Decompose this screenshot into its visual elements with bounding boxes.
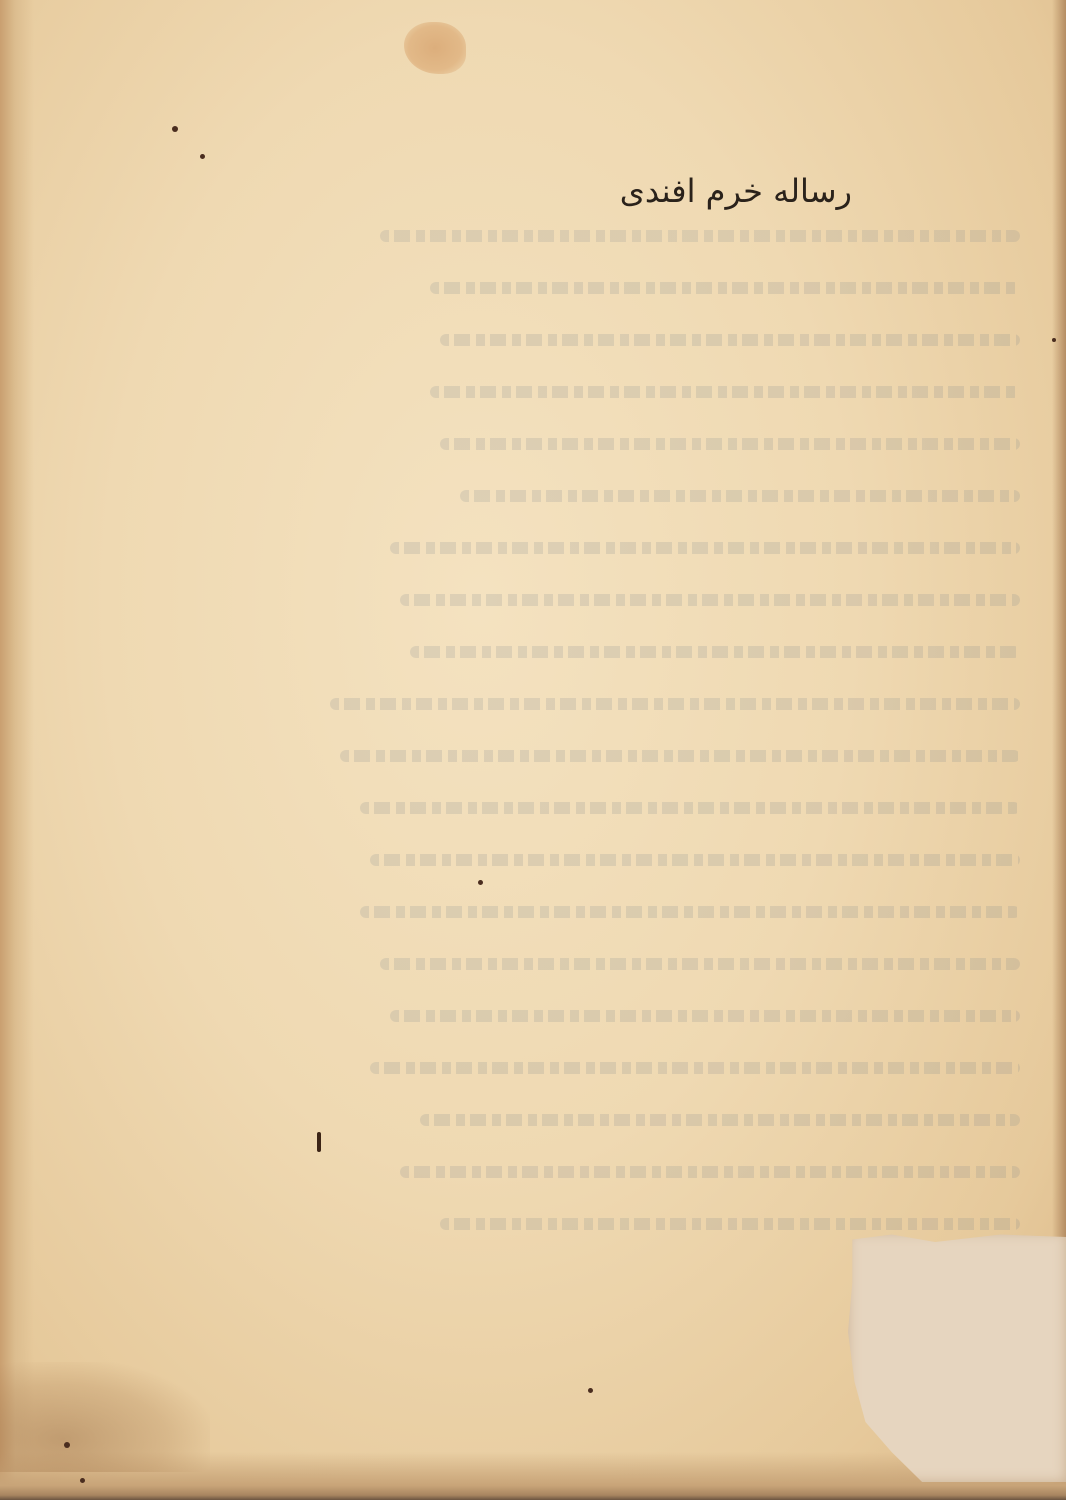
bleed-through-text xyxy=(200,230,1020,1280)
foxing-spot xyxy=(1052,338,1056,342)
left-edge-shadow xyxy=(0,0,34,1500)
foxing-spot xyxy=(200,154,205,159)
corner-stain xyxy=(0,1362,210,1472)
ink-mark xyxy=(317,1132,321,1152)
manuscript-title: رساله خرم افندی xyxy=(612,172,852,210)
foxing-spot xyxy=(64,1442,70,1448)
foxing-spot xyxy=(80,1478,85,1483)
foxing-spot xyxy=(478,880,483,885)
paper-repair-patch xyxy=(848,1232,1066,1482)
manuscript-page: رساله خرم افندی xyxy=(0,0,1066,1500)
top-stain xyxy=(404,22,466,74)
foxing-spot xyxy=(588,1388,593,1393)
foxing-spot xyxy=(172,126,178,132)
